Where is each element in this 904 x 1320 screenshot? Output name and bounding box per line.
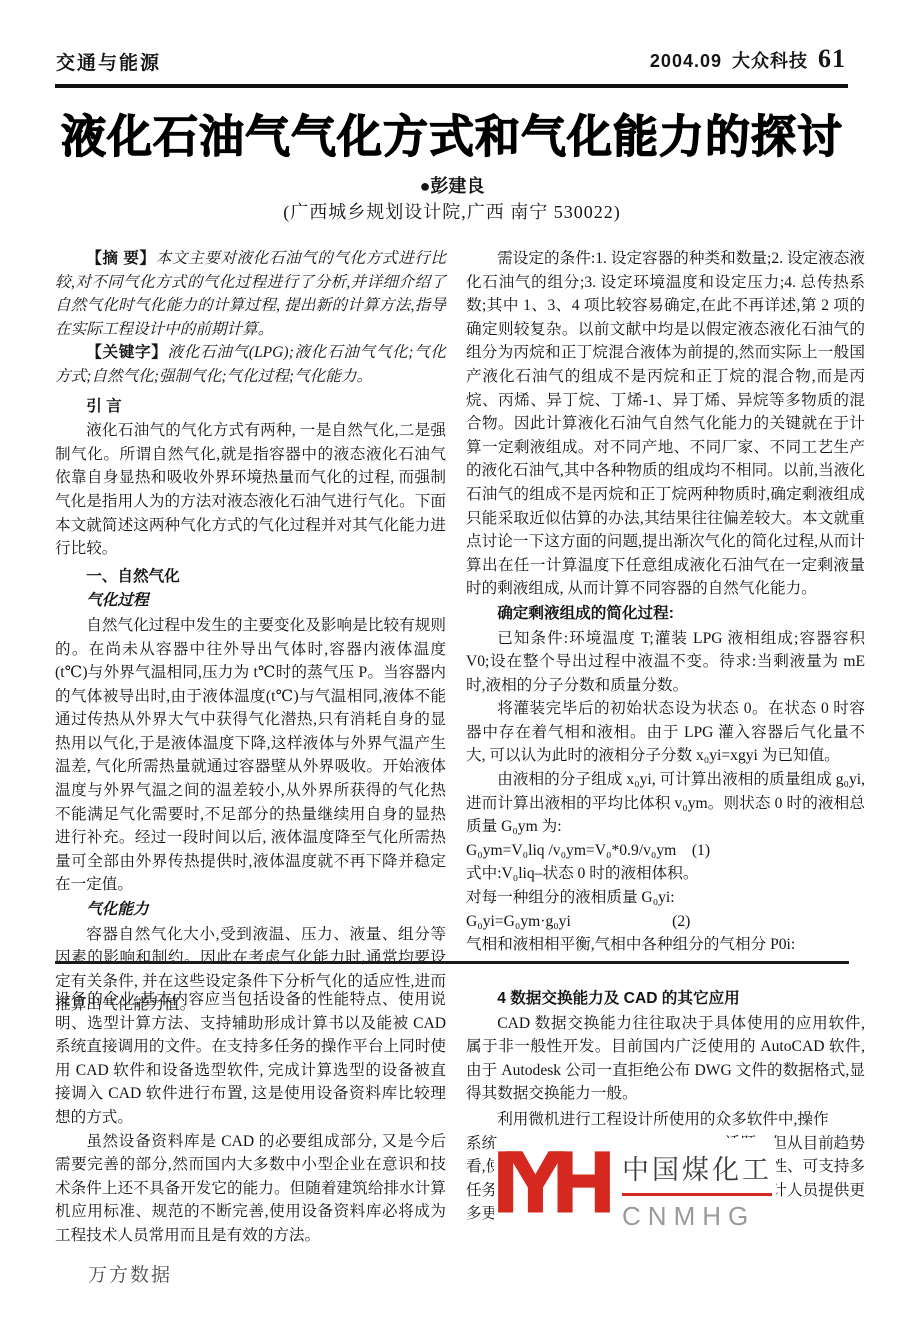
- formula-1: G₀ym=V₀liq /v₀ym=V₀*0.9/v₀ym (1): [466, 839, 865, 863]
- journal-issue: 2004.09: [650, 51, 722, 72]
- watermark-chinese-text: 中国煤化工: [622, 1148, 772, 1196]
- component-mass-paragraph: 对每一种组分的液相质量 G₀yi:: [466, 886, 865, 910]
- line4-left-fragment: 任务: [466, 1179, 497, 1203]
- intro-paragraph: 液化石油气的气化方式有两种, 一是自然气化,二是强制气化。所谓自然气化,就是指容…: [55, 419, 446, 561]
- column-top-left: 【摘 要】本文主要对液化石油气的气化方式进行比较,对不同气化方式的气化过程进行了…: [55, 247, 446, 1017]
- cnmhg-watermark: IYH 中国煤化工 CNMHG: [494, 1138, 776, 1234]
- conditions-paragraph: 需设定的条件:1. 设定容器的种类和数量;2. 设定液态液化石油气的组分;3. …: [466, 247, 865, 601]
- subsection-gasification-capacity-heading: 气化能力: [55, 898, 446, 922]
- state0-paragraph: 将灌装完毕后的初始状态设为状态 0。在状态 0 时容器中存在着气相和液相。由于 …: [466, 697, 865, 768]
- author-name: ●彭建良: [0, 172, 904, 198]
- gasification-process-paragraph: 自然气化过程中发生的主要变化及影响是比较有规则的。在尚未从容器中往外导出气体时,…: [55, 614, 446, 897]
- data-exchange-paragraph: CAD 数据交换能力往往取决于具体使用的应用软件,属于非一般性开发。目前国内广泛…: [466, 1012, 865, 1106]
- formula-2: G₀yi=G₀ym·g₀yi (2): [466, 910, 865, 934]
- scanned-journal-page: 交通与能源 2004.09 大众科技 61 液化石油气气化方式和气化能力的探讨 …: [0, 0, 904, 1320]
- section1-heading: 一、自然气化: [55, 565, 446, 589]
- article-title: 液化石油气气化方式和气化能力的探讨: [0, 100, 904, 165]
- known-conditions-paragraph: 已知条件:环境温度 T;灌装 LPG 液相组成;容器容积 V0;设在整个导出过程…: [466, 627, 865, 698]
- article-divider-rule: [55, 961, 849, 964]
- watermark-latin-text: CNMHG: [622, 1201, 772, 1232]
- formula-1-note: 式中:V₀liq–状态 0 时的液相体积。: [466, 862, 865, 886]
- data-exchange-heading: 4 数据交换能力及 CAD 的其它应用: [466, 987, 865, 1011]
- journal-name: 大众科技: [732, 47, 808, 73]
- subsection-gasification-process-heading: 气化过程: [55, 589, 446, 613]
- line2-left-fragment: 系统: [466, 1132, 497, 1156]
- keywords-paragraph: 【关键字】液化石油气(LPG);液化石油气气化;气化方式;自然气化;强制气化;气…: [55, 341, 446, 388]
- wanfang-data-mark: 万方数据: [88, 1260, 172, 1287]
- keywords-label: 【关键字】: [86, 344, 167, 361]
- journal-header-right: 2004.09 大众科技 61: [650, 44, 846, 74]
- intro-heading: 引 言: [55, 395, 446, 419]
- abstract-label: 【摘 要】: [86, 250, 156, 267]
- watermark-text-block: 中国煤化工 CNMHG: [622, 1140, 772, 1232]
- simplified-process-heading: 确定剩液组成的简化过程:: [466, 602, 865, 626]
- page-number: 61: [818, 44, 846, 74]
- column-bottom-left: 设备的企业,基本内容应当包括设备的性能特点、使用说明、选型计算方法、支持辅助形成…: [55, 988, 446, 1248]
- equipment-database-paragraph: 设备的企业,基本内容应当包括设备的性能特点、使用说明、选型计算方法、支持辅助形成…: [55, 988, 446, 1130]
- phase-equilibrium-paragraph: 气相和液相相平衡,气相中各种组分的气相分 P0i:: [466, 933, 865, 957]
- abstract-paragraph: 【摘 要】本文主要对液化石油气的气化方式进行比较,对不同气化方式的气化过程进行了…: [55, 247, 446, 341]
- header-rule: [55, 84, 848, 88]
- author-affiliation: (广西城乡规划设计院,广西 南宁 530022): [0, 198, 904, 224]
- cad-component-paragraph: 虽然设备资料库是 CAD 的必要组成部分, 又是今后需要完善的部分,然而国内大多…: [55, 1130, 446, 1248]
- column-top-right: 需设定的条件:1. 设定容器的种类和数量;2. 设定液态液化石油气的组分;3. …: [466, 247, 865, 957]
- obscured-paragraph-line1: 利用微机进行工程设计所使用的众多软件中,操作: [466, 1108, 865, 1132]
- journal-section-label: 交通与能源: [56, 48, 161, 75]
- liquid-composition-paragraph: 由液相的分子组成 x₀yi, 可计算出液相的质量组成 g₀yi,进而计算出液相的…: [466, 768, 865, 839]
- cnmhg-logo-icon: IYH: [494, 1140, 604, 1224]
